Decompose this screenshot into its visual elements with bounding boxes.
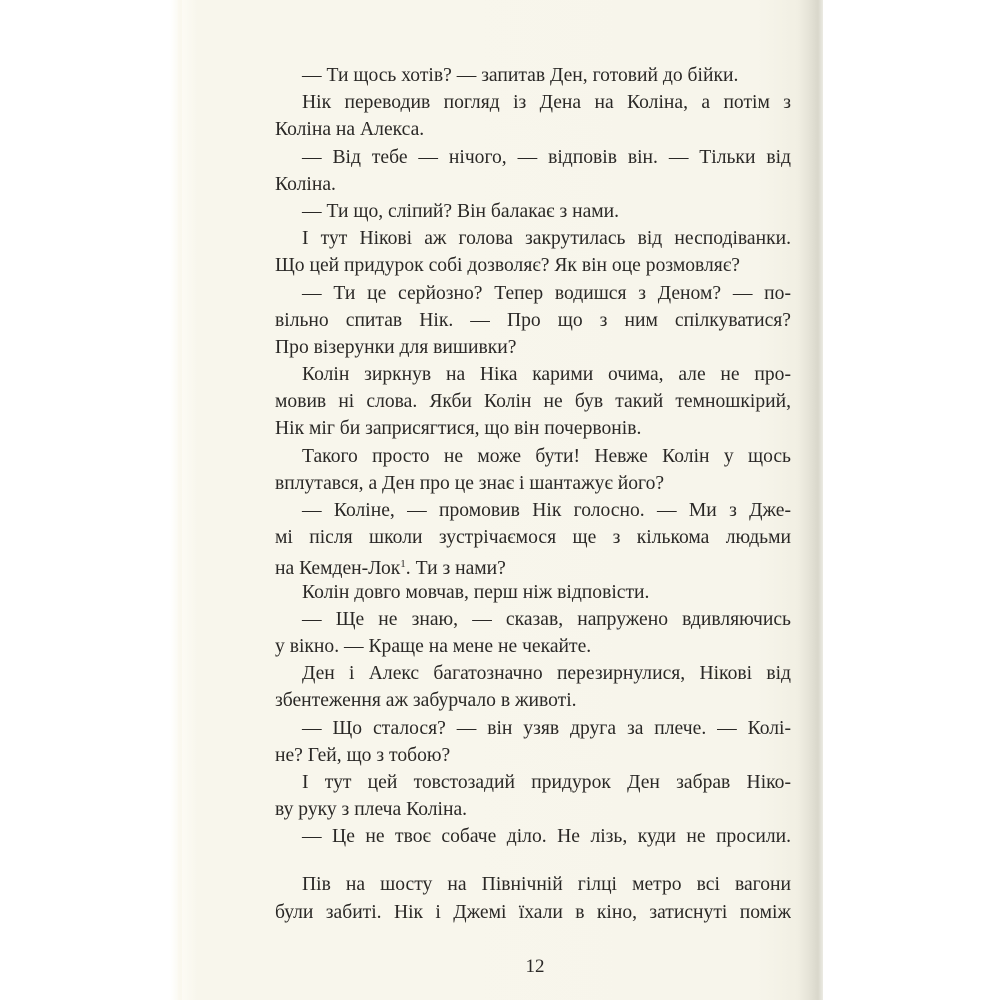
page-number: 12 xyxy=(0,956,1000,978)
text-line: Колін зиркнув на Ніка карими очима, але … xyxy=(275,361,791,388)
page-left-edge xyxy=(170,0,182,1000)
text-line: ву руку з плеча Коліна. xyxy=(275,796,791,823)
text-line: — Що сталося? — він узяв друга за плече.… xyxy=(275,715,791,742)
text-line: І тут Нікові аж голова закрутилась від н… xyxy=(275,225,791,252)
page-number-text: 12 xyxy=(526,956,545,977)
text-line: — Ще не знаю, — сказав, напружено вдивля… xyxy=(275,606,791,633)
text-line: Нік переводив погляд із Дена на Коліна, … xyxy=(275,89,791,116)
text-fragment: . Ти з нами? xyxy=(406,558,506,578)
text-line: збентеження аж забурчало в животі. xyxy=(275,687,791,714)
text-line: — Це не твоє собаче діло. Не лізь, куди … xyxy=(275,823,791,850)
text-line: — Від тебе — нічого, — відповів він. — Т… xyxy=(275,144,791,171)
text-line: Ден і Алекс багатозначно перезирнулися, … xyxy=(275,660,791,687)
text-line: — Ти це серйозно? Тепер водишся з Деном?… xyxy=(275,280,791,307)
text-line: мовив ні слова. Якби Колін не був такий … xyxy=(275,388,791,415)
text-line: Колін довго мовчав, перш ніж відповісти. xyxy=(275,579,791,606)
text-line: — Ти що, сліпий? Він балакає з нами. xyxy=(275,198,791,225)
text-line: Про візерунки для вишивки? xyxy=(275,334,791,361)
text-line: Коліна. xyxy=(275,171,791,198)
text-line: — Коліне, — промовив Нік голосно. — Ми з… xyxy=(275,497,791,524)
text-line: у вікно. — Краще на мене не чекайте. xyxy=(275,633,791,660)
section-break xyxy=(275,850,791,871)
text-line: вплутався, а Ден про це знає і шантажує … xyxy=(275,470,791,497)
text-line: Пів на шосту на Північній гілці метро вс… xyxy=(275,871,791,898)
text-line: були забиті. Нік і Джемі їхали в кіно, з… xyxy=(275,899,791,926)
text-fragment: на Кемден-Лок xyxy=(275,558,400,578)
text-line: не? Гей, що з тобою? xyxy=(275,742,791,769)
text-line: Нік міг би заприсягтися, що він почервон… xyxy=(275,415,791,442)
text-line: вільно спитав Нік. — Про що з ним спілку… xyxy=(275,307,791,334)
text-line: І тут цей товстозадий придурок Ден забра… xyxy=(275,769,791,796)
text-line: мі після школи зустрічаємося ще з кілько… xyxy=(275,524,791,551)
body-text: — Ти щось хотів? — запитав Ден, готовий … xyxy=(275,62,791,926)
text-line: — Ти щось хотів? — запитав Ден, готовий … xyxy=(275,62,791,89)
text-line: Такого просто не може бути! Невже Колін … xyxy=(275,443,791,470)
text-line: на Кемден-Лок1. Ти з нами? xyxy=(275,551,791,578)
text-line: Коліна на Алекса. xyxy=(275,116,791,143)
text-line: Що цей придурок собі дозволяє? Як він оц… xyxy=(275,252,791,279)
